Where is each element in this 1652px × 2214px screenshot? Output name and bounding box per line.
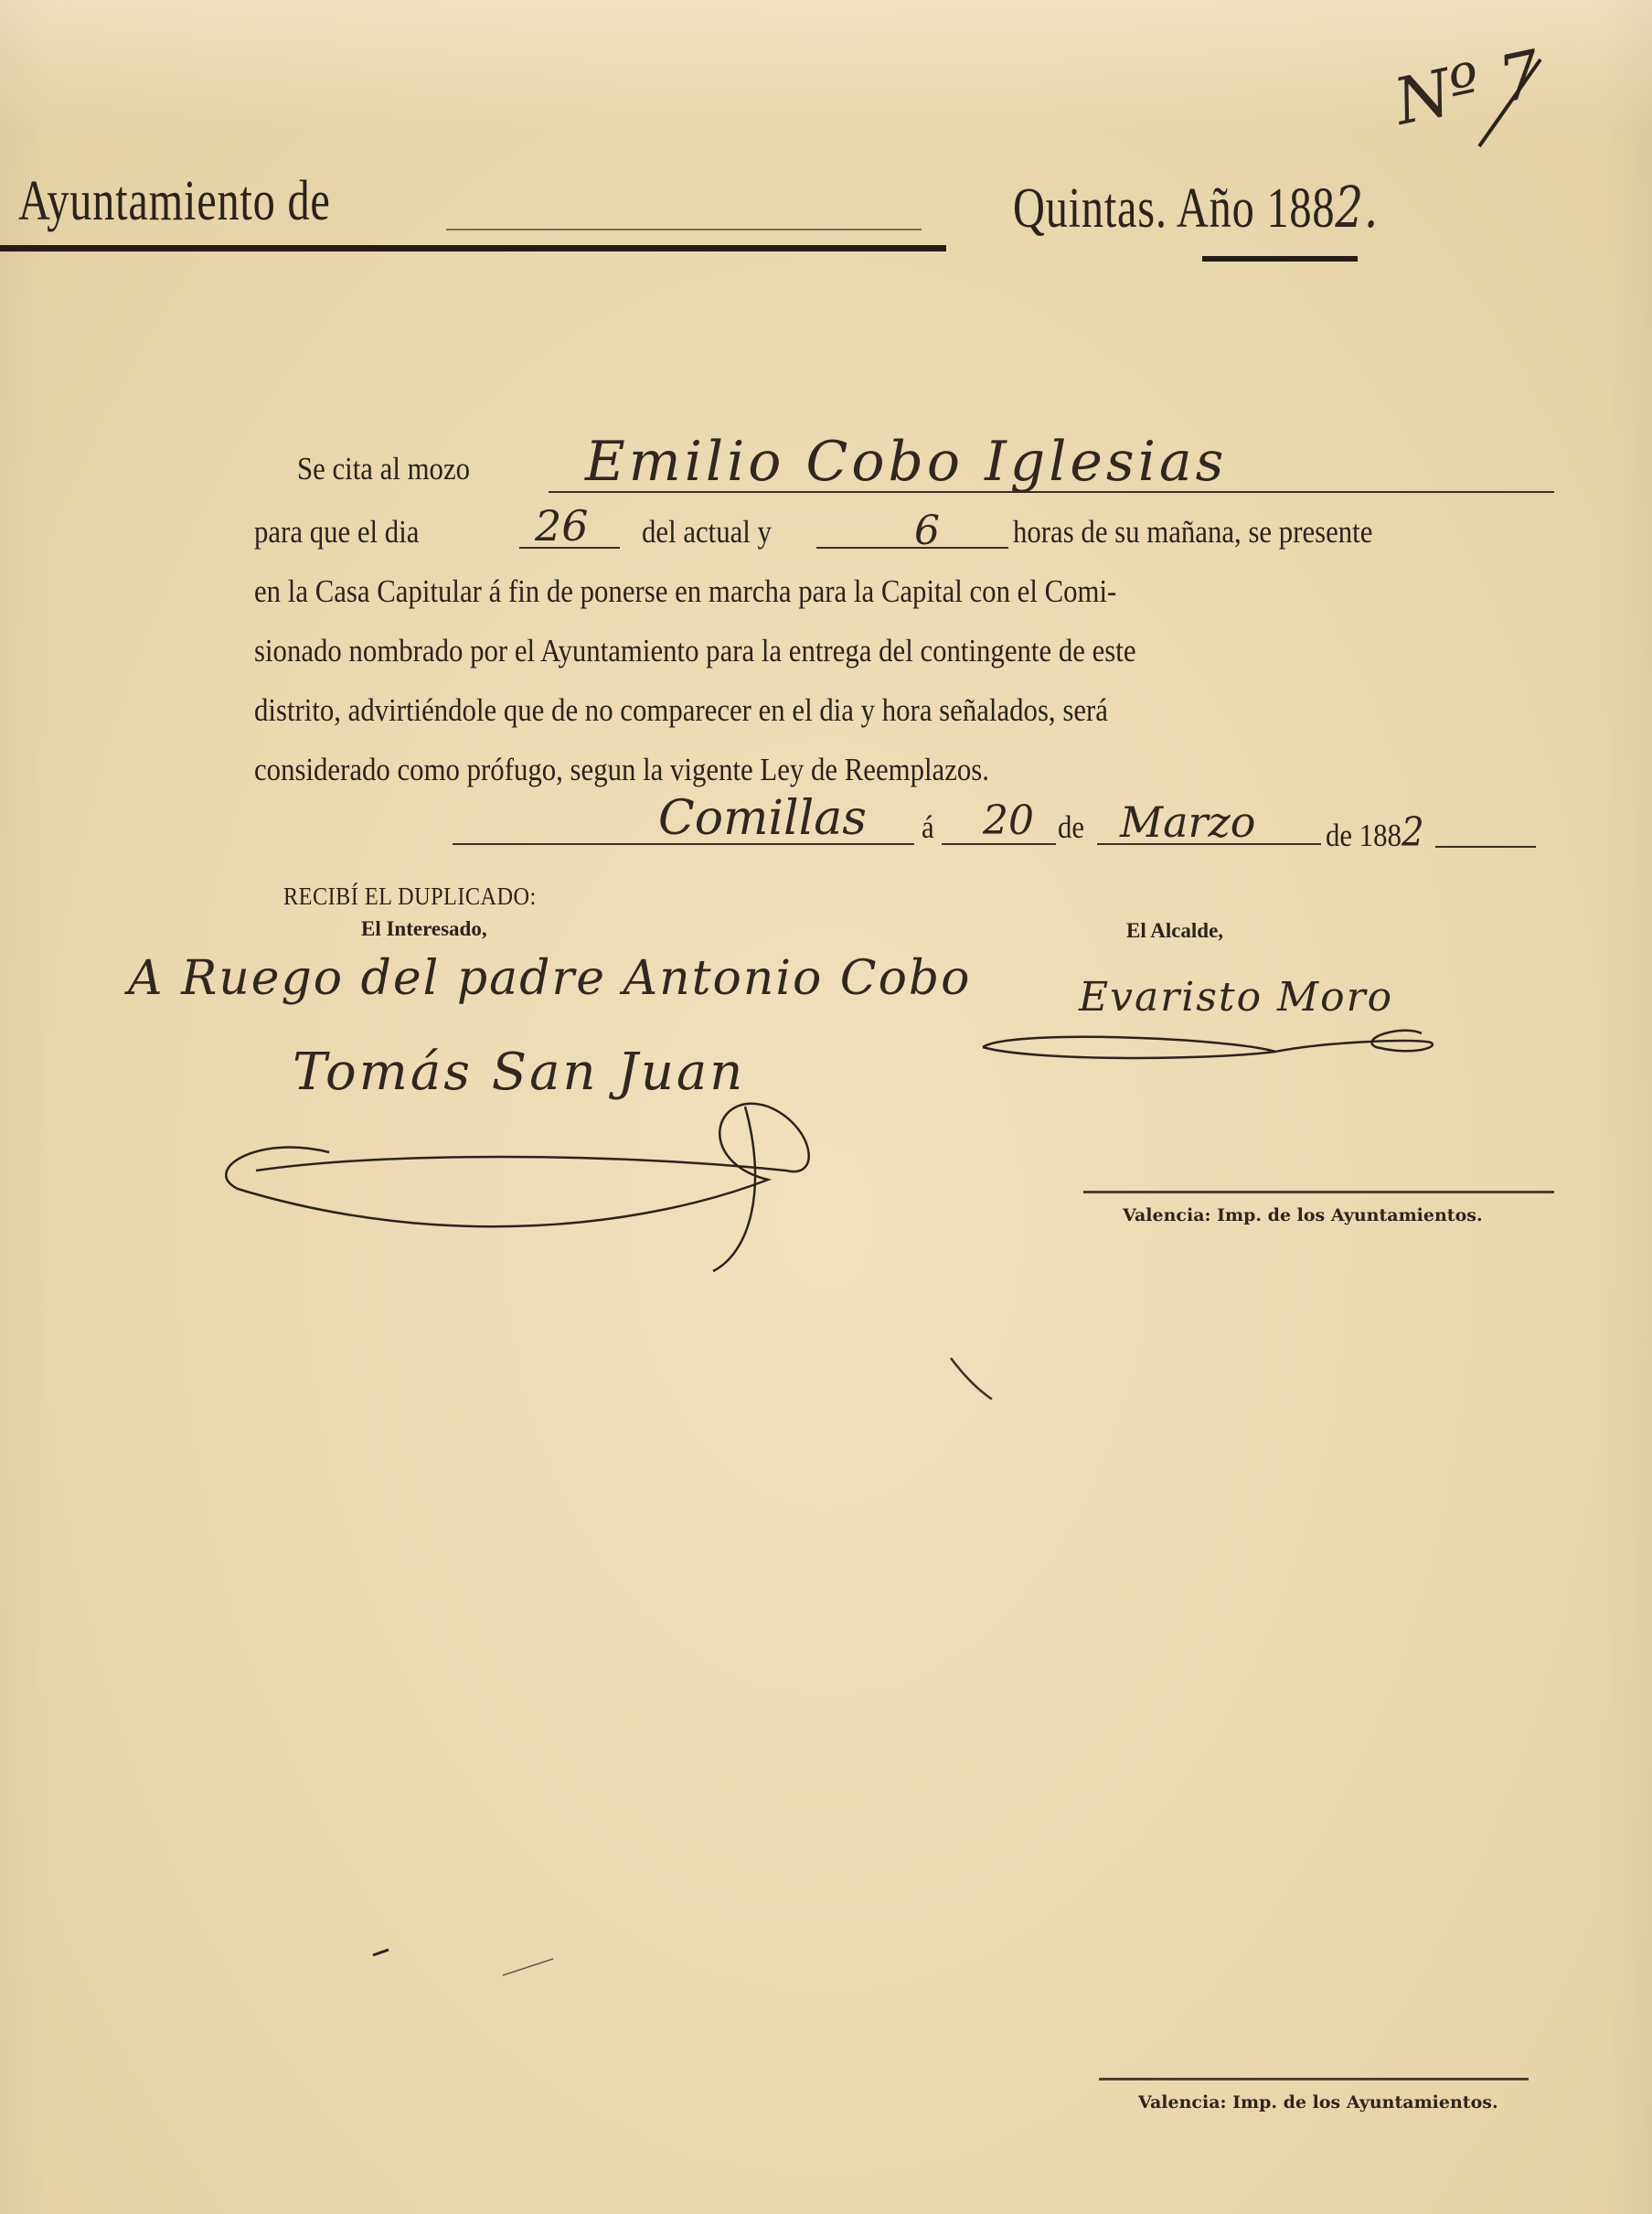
- header-ayuntamiento-field[interactable]: [446, 229, 922, 230]
- imprint-text-1: Valencia: Imp. de los Ayuntamientos.: [1123, 1205, 1483, 1225]
- recruit-name-handwritten: Emilio Cobo Iglesias: [585, 430, 1227, 494]
- header-rule-left: [0, 245, 946, 251]
- header-quintas-year: Quintas. Año 1882.: [1013, 174, 1379, 241]
- date-month-handwritten: Marzo: [1120, 797, 1255, 847]
- date-year-handwritten-digit: 2: [1402, 809, 1424, 856]
- citation-line-3: en la Casa Capitular á fin de ponerse en…: [254, 573, 1116, 610]
- alcalde-signature-flourish: [974, 1011, 1449, 1075]
- citation-line-1: Se cita al mozo: [297, 451, 470, 487]
- alcalde-label: El Alcalde,: [1126, 919, 1223, 943]
- citation-line-4: sionado nombrado por el Ayuntamiento par…: [254, 633, 1135, 669]
- receipt-title: RECIBÍ EL DUPLICADO:: [283, 882, 537, 911]
- date-a-label: á: [922, 809, 934, 846]
- date-year-underline: [1435, 846, 1536, 848]
- date-day-handwritten: 20: [983, 797, 1034, 844]
- header-rule-right: [1202, 256, 1358, 262]
- day-handwritten: 26: [535, 501, 589, 551]
- header-year-handwritten-digit: 2.: [1335, 174, 1379, 241]
- imprint-rule-1: [1083, 1191, 1554, 1193]
- header-quintas-label: Quintas. Año 188: [1013, 177, 1335, 240]
- imprint-rule-2: [1099, 2078, 1529, 2080]
- hour-field[interactable]: [816, 547, 1008, 549]
- interesado-signature-flourish: [219, 1052, 823, 1235]
- citation-line-2-suffix: horas de su mañana, se presente: [1013, 514, 1372, 551]
- date-de-label-1: de: [1058, 809, 1084, 846]
- header-ayuntamiento-label: Ayuntamiento de: [18, 169, 331, 234]
- date-de-label-2: de 1882: [1326, 809, 1424, 856]
- citation-line-2-mid: del actual y: [642, 514, 772, 551]
- imprint-text-2: Valencia: Imp. de los Ayuntamientos.: [1138, 2092, 1498, 2112]
- citation-prefix: Se cita al mozo: [297, 451, 470, 487]
- citation-line-6: considerado como prófugo, segun la vigen…: [254, 752, 989, 788]
- stray-pen-mark: [951, 1358, 997, 1404]
- interesado-signature-line-1: A Ruego del padre Antonio Cobo: [128, 951, 971, 1006]
- stray-pen-mark-lower: [366, 1948, 567, 1994]
- hour-handwritten: 6: [914, 508, 940, 554]
- citation-line-5: distrito, advirtiéndole que de no compar…: [254, 692, 1108, 729]
- place-handwritten: Comillas: [658, 791, 867, 846]
- interesado-label: El Interesado,: [361, 917, 487, 941]
- number-slash-stroke: [1463, 55, 1572, 155]
